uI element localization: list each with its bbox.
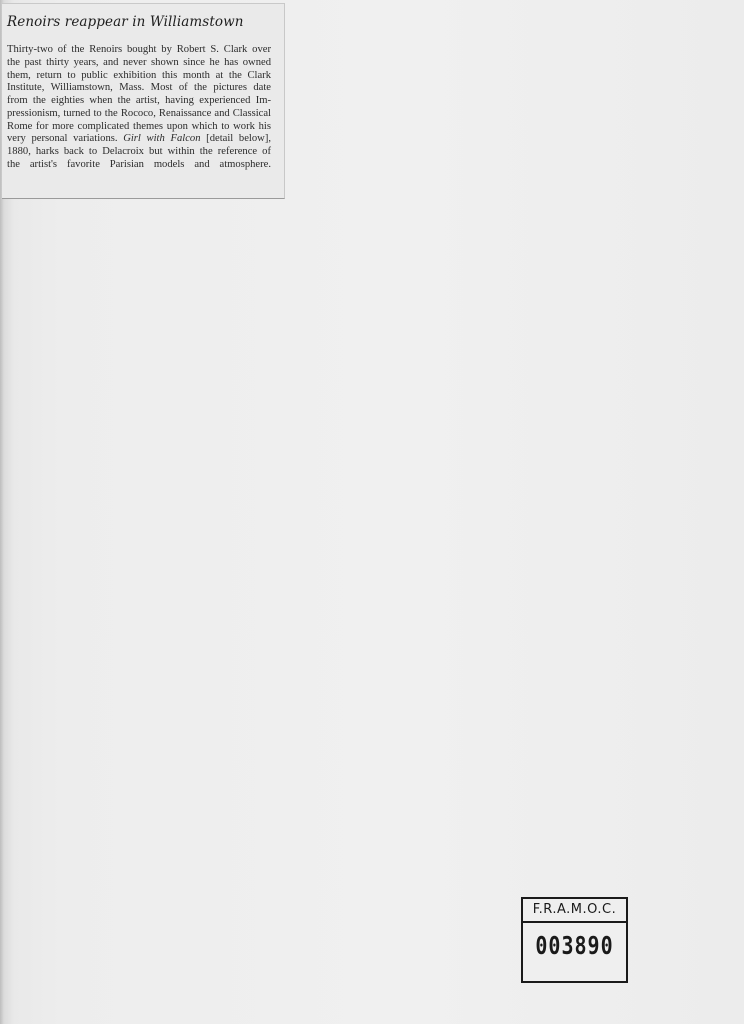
body-text-segment: [detail below], bbox=[201, 133, 272, 144]
body-line: Rome for more complicated themes upon wh… bbox=[7, 121, 271, 134]
body-line: from the eighties when the artist, havin… bbox=[7, 95, 271, 108]
body-line: the past thirty years, and never shown s… bbox=[7, 57, 271, 70]
body-line: pressionism, turned to the Rococo, Renai… bbox=[7, 108, 271, 121]
body-line: 1880, harks back to Delacroix but within… bbox=[7, 146, 271, 159]
body-line: Thirty-two of the Renoirs bought by Robe… bbox=[7, 44, 271, 57]
stamp-header: F.R.A.M.O.C. bbox=[523, 899, 626, 923]
archive-stamp: F.R.A.M.O.C. 003890 bbox=[521, 897, 628, 983]
body-line: very personal variations. Girl with Falc… bbox=[7, 133, 271, 146]
body-line: Institute, Williamstown, Mass. Most of t… bbox=[7, 82, 271, 95]
body-line: the artist's favorite Parisian models an… bbox=[7, 159, 271, 172]
article-body: Thirty-two of the Renoirs bought by Robe… bbox=[7, 44, 271, 172]
article-clipping: Renoirs reappear in Williamstown Thirty-… bbox=[2, 3, 285, 199]
artwork-title: Girl with Falcon bbox=[123, 133, 200, 144]
body-line: them, return to public exhibition this m… bbox=[7, 70, 271, 83]
stamp-number: 003890 bbox=[523, 930, 626, 960]
article-headline: Renoirs reappear in Williamstown bbox=[7, 14, 244, 30]
body-text-segment: very personal variations. bbox=[7, 133, 123, 144]
